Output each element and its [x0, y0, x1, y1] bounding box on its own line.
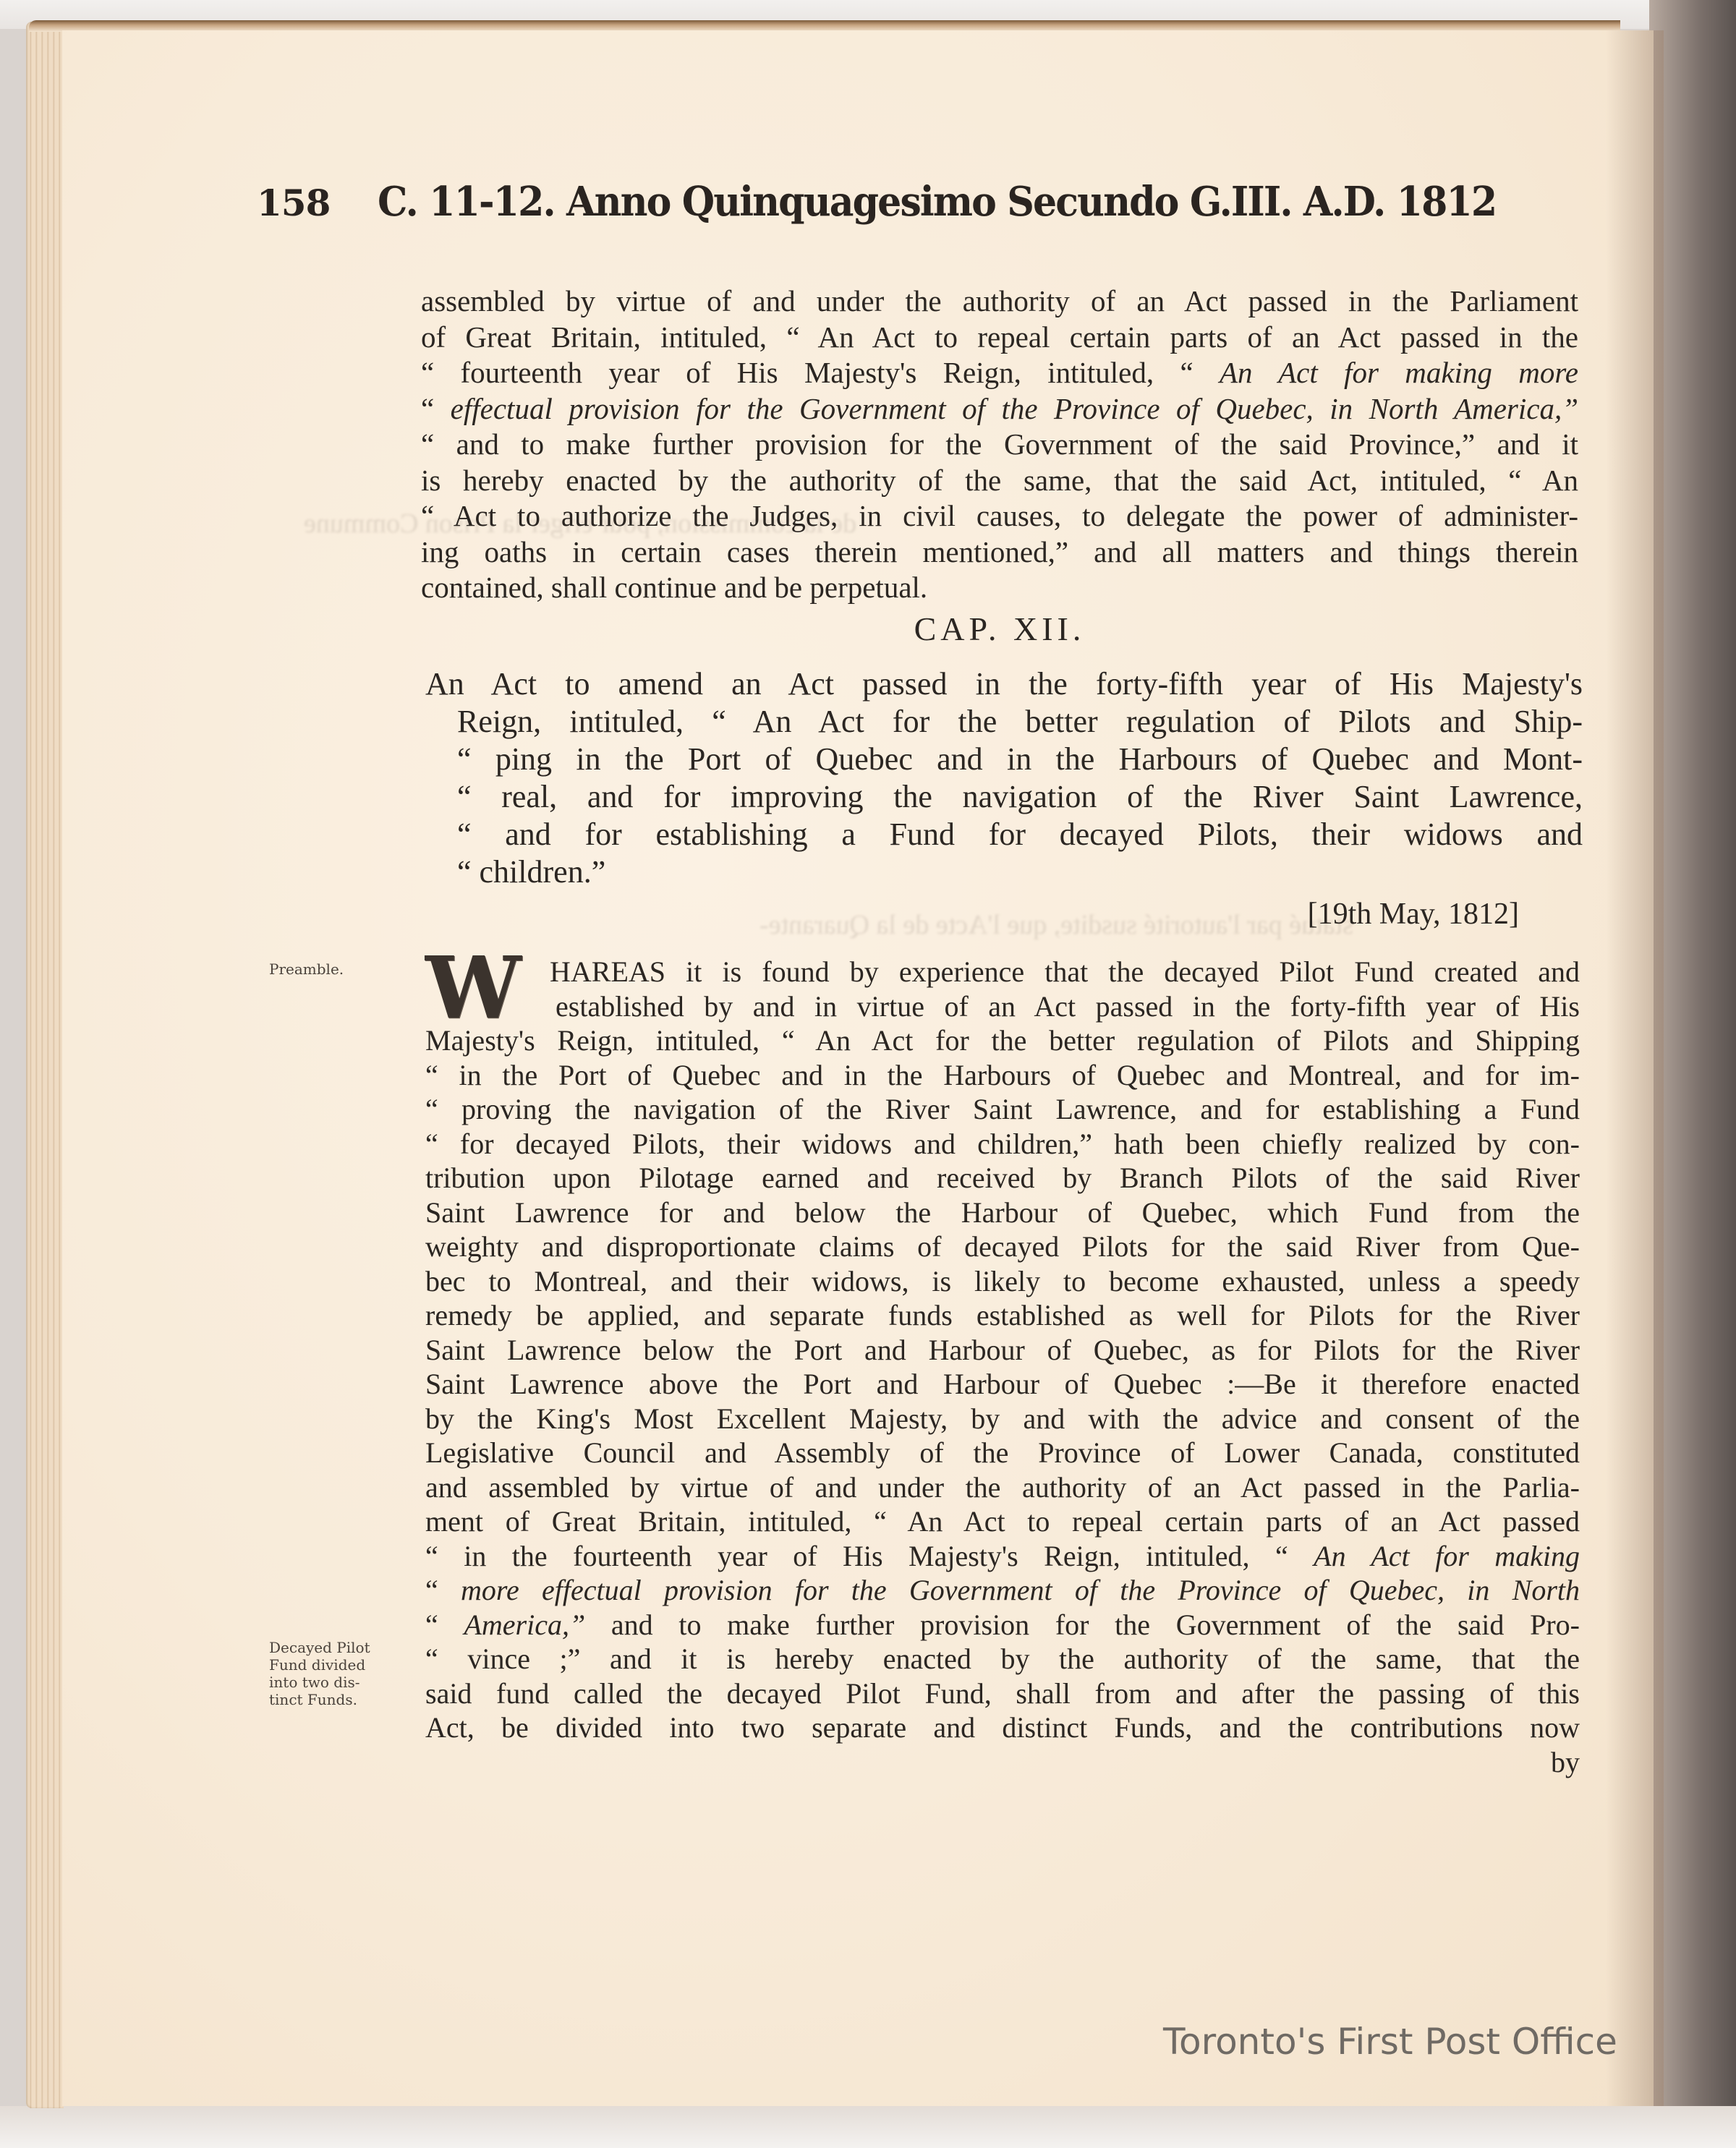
text-line: established by and in virtue of an Act p…	[425, 989, 1580, 1024]
text-line: Majesty's Reign, intituled, “ An Act for…	[425, 1023, 1580, 1058]
title-line: “ real, and for improving the navigation…	[425, 778, 1583, 816]
continuation-paragraph: assembled by virtue of and under the aut…	[421, 284, 1578, 606]
text-line: is hereby enacted by the authority of th…	[421, 463, 1578, 499]
dropcap-letter: W	[425, 952, 522, 1024]
text-line: “ America,” and to make further provisio…	[425, 1608, 1580, 1642]
preamble-paragraph: W HAREAS it is found by experience that …	[425, 955, 1580, 1779]
italic-title: America,”	[464, 1608, 585, 1641]
running-header: 158 C. 11-12. Anno Quinquagesimo Secundo…	[257, 178, 1580, 236]
text-line: “ effectual provision for the Government…	[421, 391, 1578, 427]
margin-note-decayed-fund: Decayed Pilot Fund divided into two dis-…	[269, 1639, 392, 1708]
italic-title: more effectual provision for the Governm…	[461, 1574, 1580, 1606]
text-line: Saint Lawrence below the Port and Harbou…	[425, 1333, 1580, 1368]
text-line: “ fourteenth year of His Majesty's Reign…	[421, 355, 1578, 391]
text-line: tribution upon Pilotage earned and recei…	[425, 1161, 1580, 1196]
text-line: ment of Great Britain, intituled, “ An A…	[425, 1504, 1580, 1539]
italic-title: An Act for making	[1314, 1540, 1580, 1572]
watermark: Toronto's First Post Office	[1163, 2021, 1617, 2063]
text-line: weighty and disproportionate claims of d…	[425, 1229, 1580, 1264]
text-line: “ for decayed Pilots, their widows and c…	[425, 1127, 1580, 1162]
text-line: “ in the Port of Quebec and in the Harbo…	[425, 1058, 1580, 1093]
page-number: 158	[257, 182, 378, 224]
chapter-heading: CAP. XII.	[421, 610, 1578, 648]
margin-note-preamble: Preamble.	[269, 960, 392, 978]
gutter-shadow	[1606, 30, 1664, 2106]
text-line: Act, be divided into two separate and di…	[425, 1710, 1580, 1745]
text-line: assembled by virtue of and under the aut…	[421, 284, 1578, 320]
text-line: HAREAS it is found by experience that th…	[425, 955, 1580, 989]
text-line: by the King's Most Excellent Majesty, by…	[425, 1402, 1580, 1436]
title-line: “ children.”	[425, 853, 1583, 891]
italic-title: effectual provision for the Government o…	[451, 392, 1578, 425]
title-line: “ and for establishing a Fund for decaye…	[425, 816, 1583, 853]
text-line: “ more effectual provision for the Gover…	[425, 1573, 1580, 1608]
text-line: Saint Lawrence for and below the Harbour…	[425, 1196, 1580, 1230]
text-line: Saint Lawrence above the Port and Harbou…	[425, 1367, 1580, 1402]
running-title: C. 11-12. Anno Quinquagesimo Secundo G.I…	[378, 178, 1496, 226]
book-page-edges	[26, 22, 64, 2108]
text-line: “ vince ;” and it is hereby enacted by t…	[425, 1642, 1580, 1676]
scan-backdrop-bottom	[0, 2106, 1736, 2148]
text-line: of Great Britain, intituled, “ An Act to…	[421, 320, 1578, 356]
title-line: An Act to amend an Act passed in the for…	[425, 665, 1583, 703]
catchword: by	[425, 1745, 1580, 1780]
text-line: “ in the fourteenth year of His Majesty'…	[425, 1539, 1580, 1574]
text-line: Legislative Council and Assembly of the …	[425, 1436, 1580, 1470]
text-line: ing oaths in certain cases therein menti…	[421, 534, 1578, 571]
text-line: and assembled by virtue of and under the…	[425, 1470, 1580, 1505]
text-line: “ Act to authorize the Judges, in civil …	[421, 498, 1578, 534]
text-line: “ and to make further provision for the …	[421, 427, 1578, 463]
text-line: contained, shall continue and be perpetu…	[421, 570, 1578, 606]
enactment-date: [19th May, 1812]	[1085, 897, 1519, 932]
title-line: “ ping in the Port of Quebec and in the …	[425, 741, 1583, 778]
text-line: “ proving the navigation of the River Sa…	[425, 1092, 1580, 1127]
title-line: Reign, intituled, “ An Act for the bette…	[425, 703, 1583, 741]
text-line: said fund called the decayed Pilot Fund,…	[425, 1676, 1580, 1711]
chapter-title: An Act to amend an Act passed in the for…	[425, 665, 1583, 891]
text-line: bec to Montreal, and their widows, is li…	[425, 1264, 1580, 1299]
italic-title: An Act for making more	[1220, 356, 1578, 389]
text-line: remedy be applied, and separate funds es…	[425, 1298, 1580, 1333]
